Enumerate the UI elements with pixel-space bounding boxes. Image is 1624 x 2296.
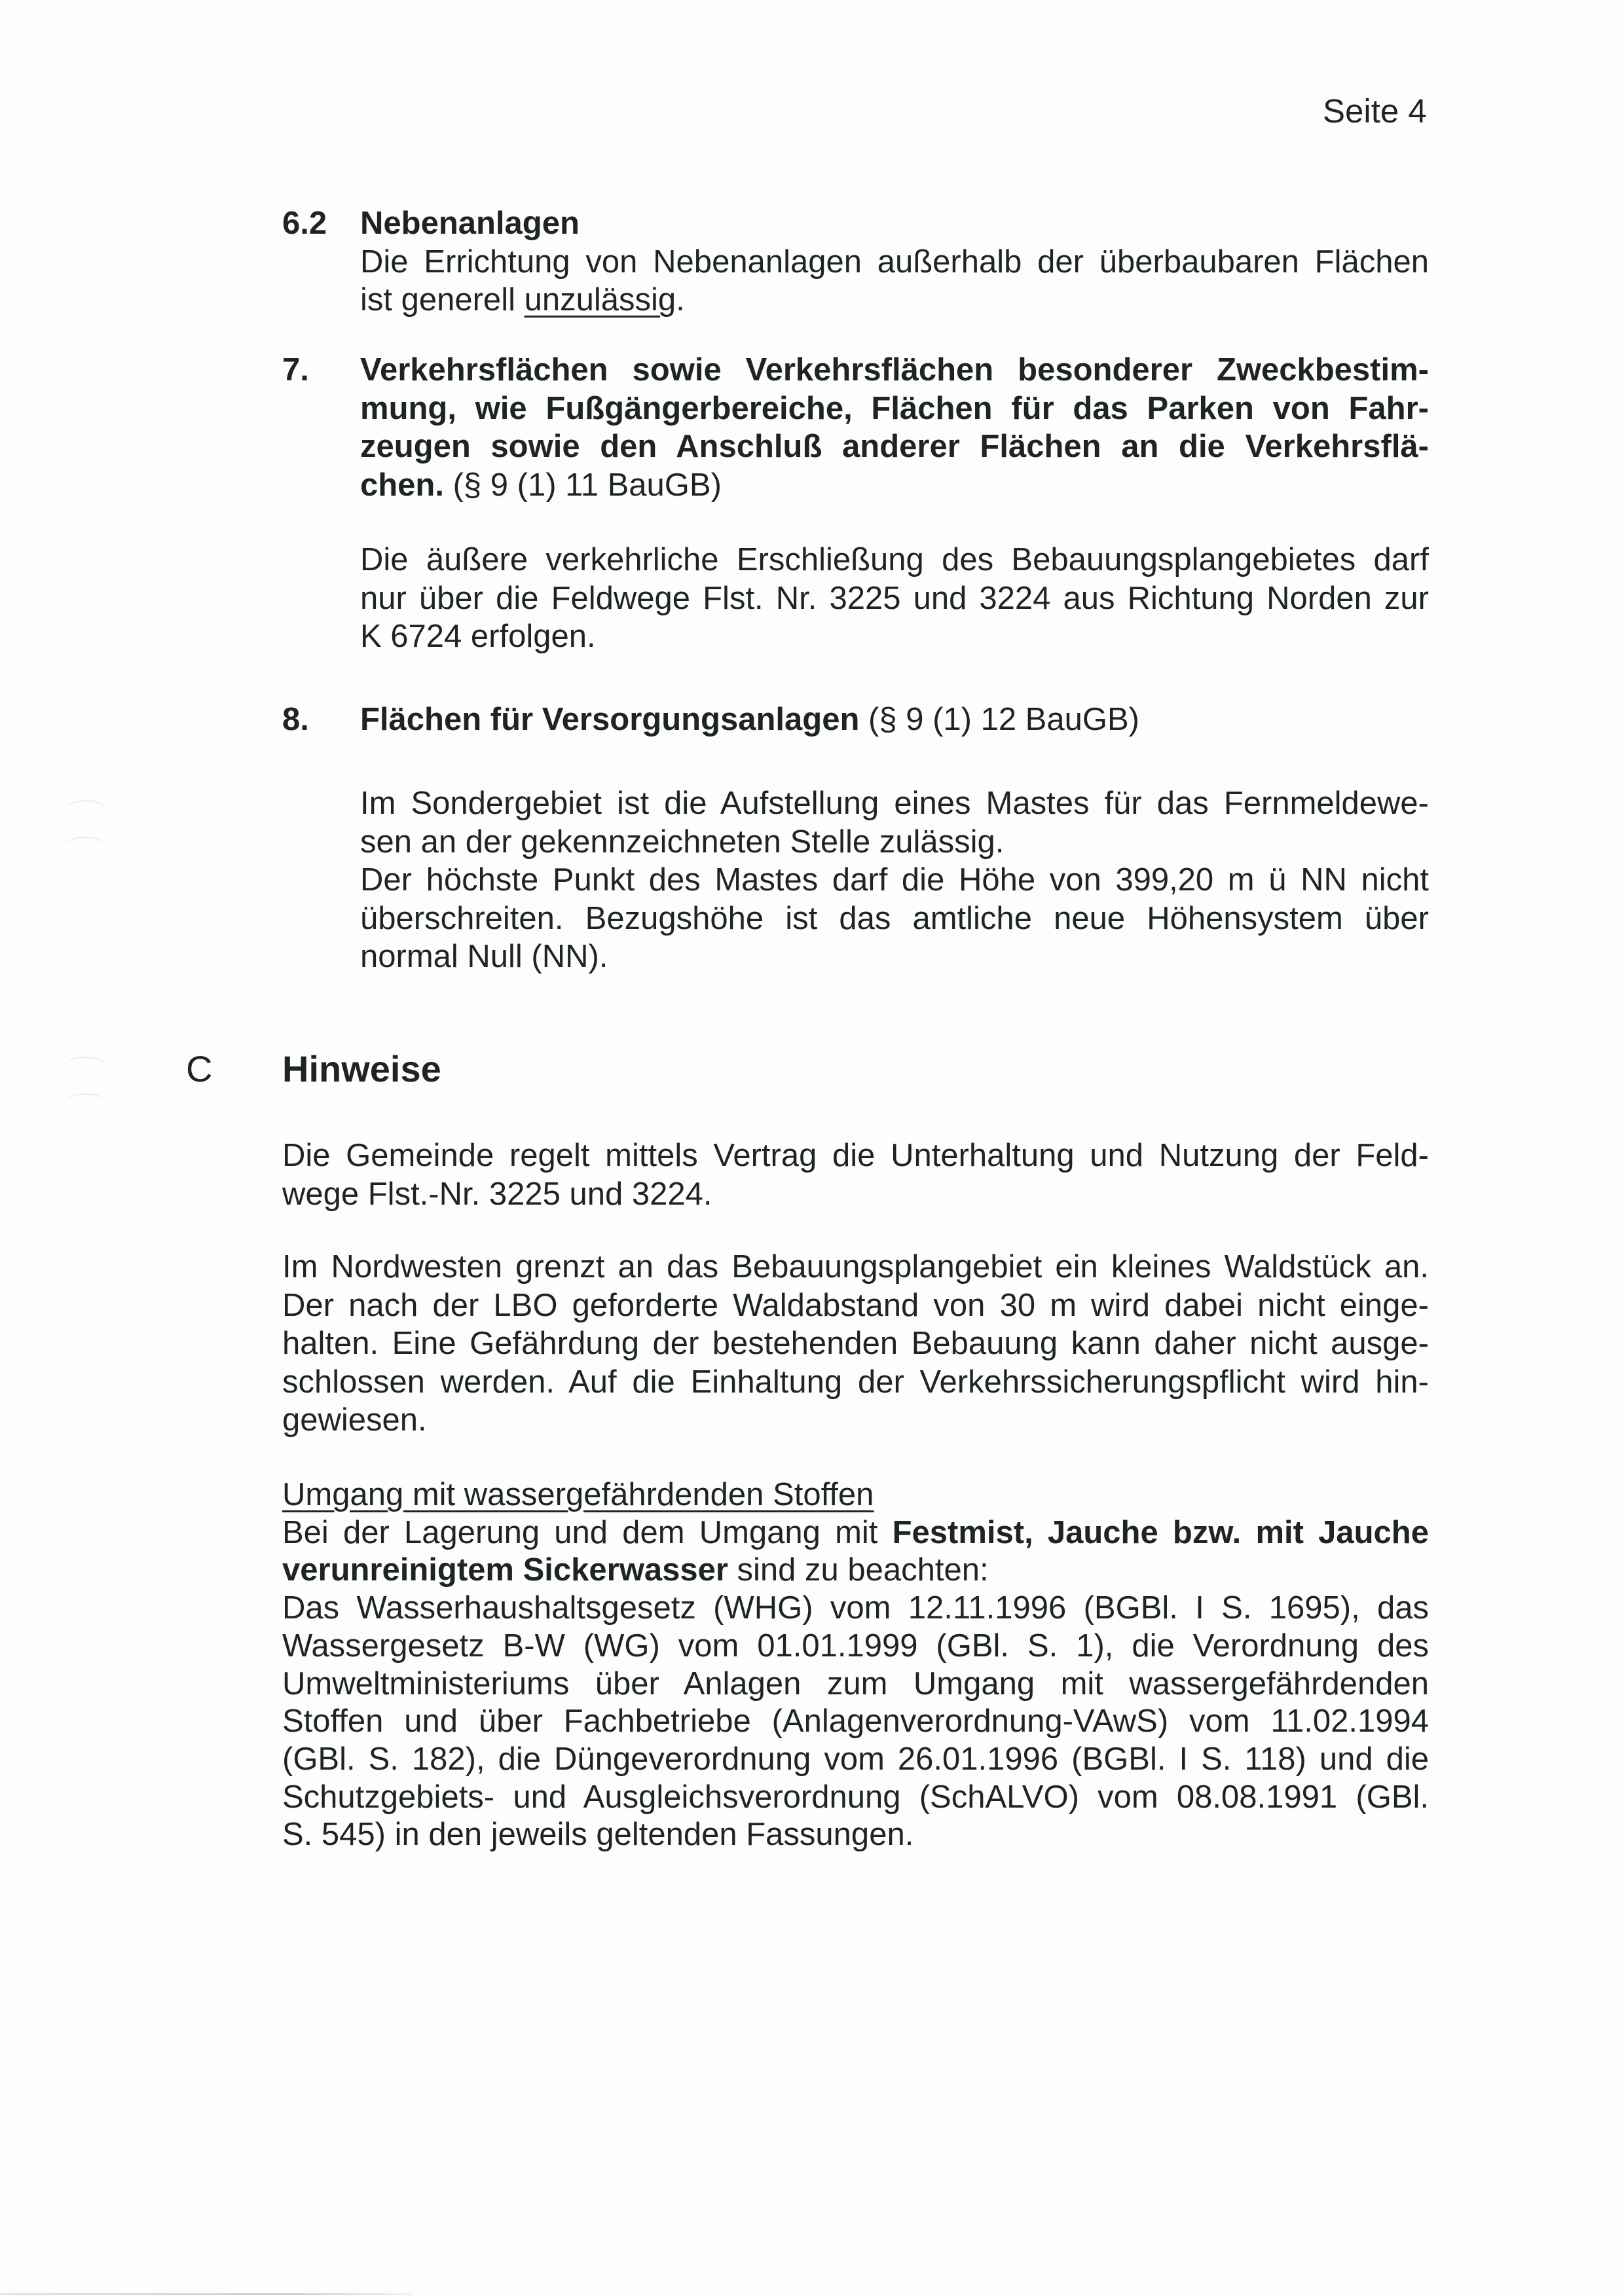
section-7-title-line: Verkehrsflächen sowie Verkehrsflächen be… (360, 351, 1429, 390)
body-line: normal Null (NN). (360, 938, 1429, 976)
section-c-paragraph-3: Umgang mit wassergefährdenden Stoffen Be… (282, 1476, 1429, 1854)
body-line: sen an der gekennzeichneten Stelle zuläs… (360, 823, 1429, 862)
page-number: Seite 4 (1323, 92, 1427, 131)
subheading-water-hazard: Umgang mit wassergefährdenden Stoffen (282, 1476, 1429, 1514)
section-c-paragraph-2: Im Nordwesten grenzt an das Bebauungspla… (282, 1248, 1429, 1440)
section-6-2-last-line: ist generell unzulässig. (360, 281, 1429, 319)
body-line: (GBl. S. 182), die Düngeverordnung vom 2… (282, 1741, 1429, 1779)
body-line: Im Nordwesten grenzt an das Bebauungspla… (282, 1248, 1429, 1286)
body-line: Wassergesetz B-W (WG) vom 01.01.1999 (GB… (282, 1628, 1429, 1666)
legal-reference: (§ 9 (1) 12 BauGB) (859, 702, 1139, 737)
section-6-2-line: Die Errichtung von Nebenanlagen außerhal… (360, 243, 1429, 282)
body-line: S. 545) in den jeweils geltenden Fassung… (282, 1816, 1429, 1854)
body-line: Der nach der LBO geforderte Waldabstand … (282, 1286, 1429, 1325)
body-line: Die Gemeinde regelt mittels Vertrag die … (282, 1137, 1429, 1175)
section-7-number: 7. (282, 351, 309, 390)
body-line: Stoffen und über Fachbetriebe (Anlagenve… (282, 1703, 1429, 1741)
punch-hole-mark (65, 837, 106, 855)
text-run: chen. (360, 467, 444, 503)
scan-edge-line (0, 2293, 413, 2295)
text-run: Flächen für Versorgungsanlagen (360, 702, 859, 737)
body-line: Das Wasserhaushaltsgesetz (WHG) vom 12.1… (282, 1590, 1429, 1628)
section-7-title-last-line: chen. (§ 9 (1) 11 BauGB) (360, 466, 1429, 505)
body-line: Der höchste Punkt des Mastes darf die Hö… (360, 861, 1429, 900)
text-run: . (676, 282, 685, 318)
legal-reference: (§ 9 (1) 11 BauGB) (444, 467, 722, 503)
section-6-2-number: 6.2 (282, 204, 327, 243)
text-run: verunreinigtem Sickerwasser (282, 1552, 728, 1588)
section-c-paragraph-1: Die Gemeinde regelt mittels Vertrag die … (282, 1137, 1429, 1213)
text-run: Festmist, Jauche bzw. mit Jauche (893, 1515, 1429, 1550)
text-run: ist generell (360, 282, 525, 318)
underlined-term: unzulässig (525, 282, 676, 318)
section-7-title-line: zeugen sowie den Anschluß anderer Fläche… (360, 428, 1429, 466)
section-7-title: Verkehrsflächen sowie Verkehrsflächen be… (360, 351, 1429, 504)
section-8-number: 8. (282, 701, 309, 739)
body-line: Die äußere verkehrliche Erschließung des… (360, 541, 1429, 579)
section-c-title: Hinweise (282, 1048, 441, 1090)
punch-hole-mark (65, 1093, 106, 1112)
body-line: schlossen werden. Auf die Einhaltung der… (282, 1363, 1429, 1402)
body-line: Im Sondergebiet ist die Aufstellung eine… (360, 784, 1429, 823)
body-line: halten. Eine Gefährdung der bestehenden … (282, 1324, 1429, 1363)
body-line: Bei der Lagerung und dem Umgang mit Fest… (282, 1514, 1429, 1552)
section-7-body: Die äußere verkehrliche Erschließung des… (360, 541, 1429, 656)
text-run: sind zu beachten: (728, 1552, 989, 1588)
section-7-title-line: mung, wie Fußgängerbereiche, Flächen für… (360, 390, 1429, 428)
body-line: gewiesen. (282, 1401, 1429, 1440)
section-6-2-title: Nebenanlagen (360, 204, 1429, 243)
punch-hole-mark (65, 800, 106, 818)
section-c-letter: C (186, 1048, 212, 1090)
section-8-body: Im Sondergebiet ist die Aufstellung eine… (360, 784, 1429, 976)
body-line: wege Flst.-Nr. 3225 und 3224. (282, 1175, 1429, 1214)
section-8-title-line: Flächen für Versorgungsanlagen (§ 9 (1) … (360, 701, 1429, 739)
section-8-title: Flächen für Versorgungsanlagen (§ 9 (1) … (360, 701, 1429, 739)
body-line: Schutzgebiets- und Ausgleichsverordnung … (282, 1779, 1429, 1817)
body-line: Umweltministeriums über Anlagen zum Umga… (282, 1666, 1429, 1704)
section-6-2: Nebenanlagen Die Errichtung von Nebenanl… (360, 204, 1429, 319)
body-line: überschreiten. Bezugshöhe ist das amtlic… (360, 900, 1429, 938)
text-run: Bei der Lagerung und dem Umgang mit (282, 1515, 893, 1550)
body-line: K 6724 erfolgen. (360, 617, 1429, 656)
body-line: nur über die Feldwege Flst. Nr. 3225 und… (360, 579, 1429, 618)
body-line: verunreinigtem Sickerwasser sind zu beac… (282, 1552, 1429, 1590)
punch-hole-mark (65, 1057, 106, 1075)
